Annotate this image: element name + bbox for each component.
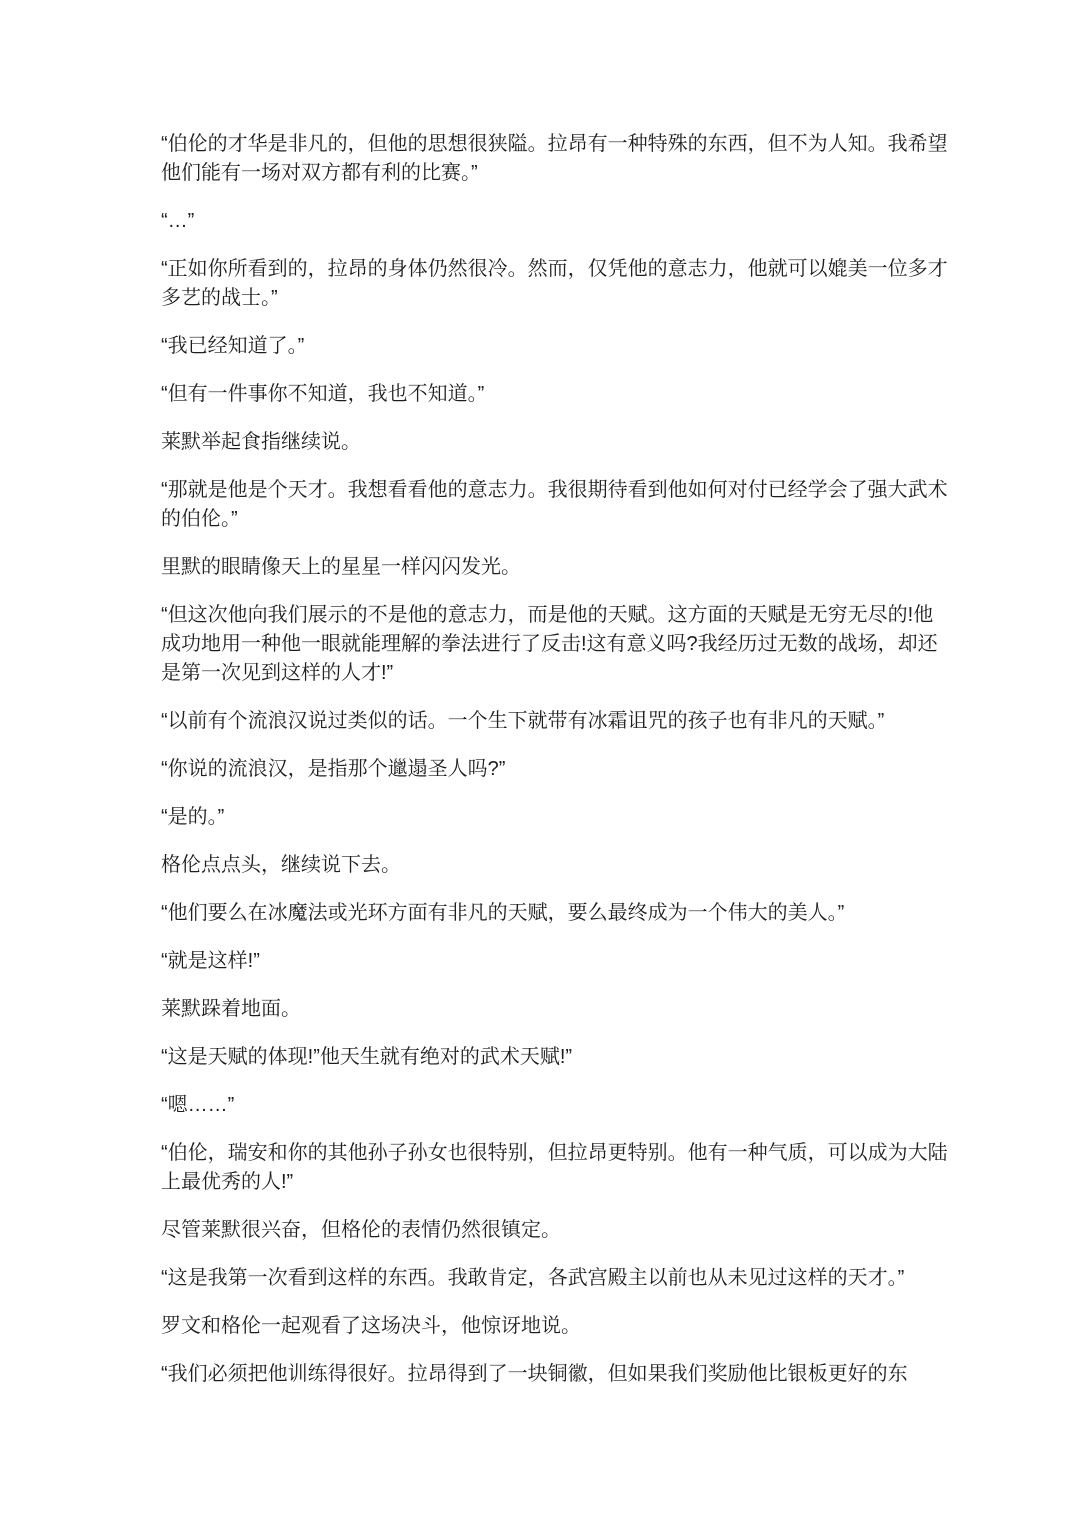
paragraph: “我们必须把他训练得很好。拉昂得到了一块铜徽，但如果我们奖励他比银板更好的东 (161, 1360, 953, 1389)
text-column: “伯伦的才华是非凡的，但他的思想很狭隘。拉昂有一种特殊的东西，但不为人知。我希望… (161, 130, 953, 1389)
paragraph: “这是我第一次看到这样的东西。我敢肯定，各武宫殿主以前也从未见过这样的天才。” (161, 1264, 953, 1293)
paragraph: 罗文和格伦一起观看了这场决斗，他惊讶地说。 (161, 1312, 953, 1341)
paragraph: 格伦点点头，继续说下去。 (161, 851, 953, 880)
paragraph: “正如你所看到的，拉昂的身体仍然很冷。然而，仅凭他的意志力，他就可以媲美一位多才… (161, 255, 953, 313)
paragraph: “他们要么在冰魔法或光环方面有非凡的天赋，要么最终成为一个伟大的美人。” (161, 899, 953, 928)
paragraph: “那就是他是个天才。我想看看他的意志力。我很期待看到他如何对付已经学会了强大武术… (161, 476, 953, 534)
paragraph: 里默的眼睛像天上的星星一样闪闪发光。 (161, 553, 953, 582)
paragraph: 莱默跺着地面。 (161, 995, 953, 1024)
paragraph: 莱默举起食指继续说。 (161, 428, 953, 457)
paragraph: “伯伦，瑞安和你的其他孙子孙女也很特别，但拉昂更特别。他有一种气质，可以成为大陆… (161, 1139, 953, 1197)
paragraph: “…” (161, 207, 953, 236)
document-page: “伯伦的才华是非凡的，但他的思想很狭隘。拉昂有一种特殊的东西，但不为人知。我希望… (0, 0, 1074, 1519)
paragraph: “但这次他向我们展示的不是他的意志力，而是他的天赋。这方面的天赋是无穷无尽的!他… (161, 601, 953, 688)
paragraph: “就是这样!” (161, 947, 953, 976)
paragraph: “伯伦的才华是非凡的，但他的思想很狭隘。拉昂有一种特殊的东西，但不为人知。我希望… (161, 130, 953, 188)
paragraph: “我已经知道了。” (161, 332, 953, 361)
paragraph: “以前有个流浪汉说过类似的话。一个生下就带有冰霜诅咒的孩子也有非凡的天赋。” (161, 707, 953, 736)
paragraph: “你说的流浪汉，是指那个邋遢圣人吗?” (161, 755, 953, 784)
paragraph: “嗯……” (161, 1091, 953, 1120)
paragraph: “是的。” (161, 803, 953, 832)
paragraph: “这是天赋的体现!”他天生就有绝对的武术天赋!” (161, 1043, 953, 1072)
paragraph: “但有一件事你不知道，我也不知道。” (161, 380, 953, 409)
paragraph: 尽管莱默很兴奋，但格伦的表情仍然很镇定。 (161, 1216, 953, 1245)
